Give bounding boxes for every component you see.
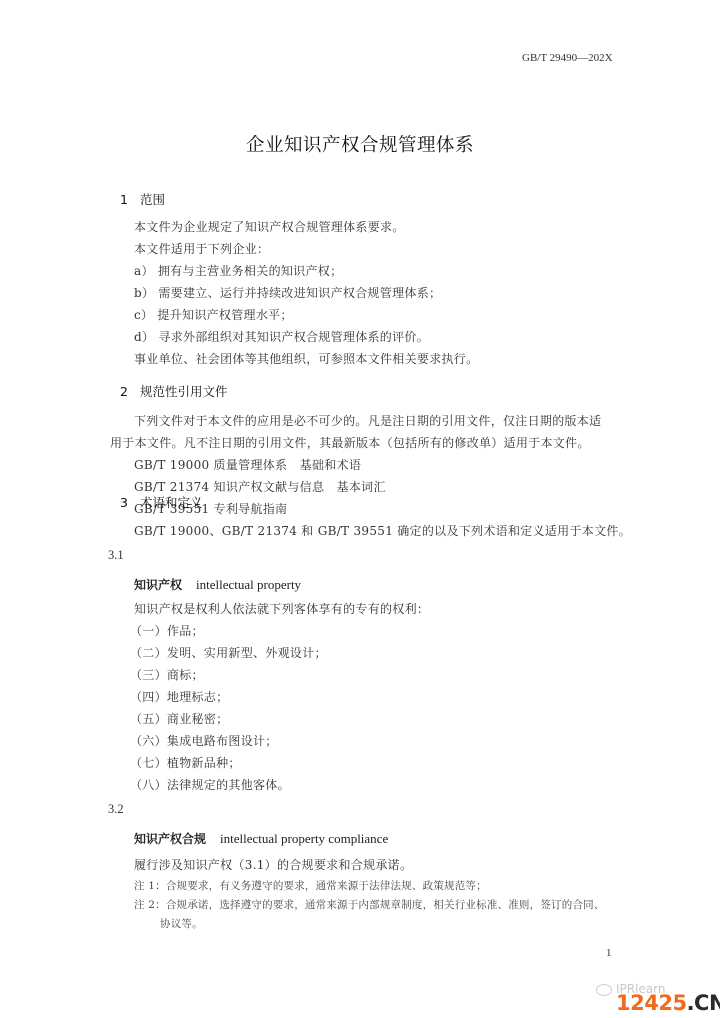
section-number: 1 (120, 192, 140, 207)
section-title: 范围 (140, 192, 165, 207)
clause-number: 3.2 (108, 802, 124, 817)
list-item: （二）发明、实用新型、外观设计； (130, 644, 327, 661)
list-item: （八）法律规定的其他客体。 (130, 776, 290, 793)
section-title: 术语和定义 (140, 495, 203, 510)
page-number: 1 (606, 947, 612, 959)
paragraph: 用于本文件。凡不注日期的引用文件，其最新版本（包括所有的修改单）适用于本文件。 (110, 434, 590, 451)
paragraph: 下列文件对于本文件的应用是必不可少的。凡是注日期的引用文件，仅注日期的版本适 (134, 412, 601, 429)
list-item: b） 需要建立、运行并持续改进知识产权合规管理体系； (134, 284, 441, 301)
watermark-logo-number: 12425 (616, 991, 687, 1015)
section-number: 3 (120, 495, 140, 510)
note: 注 1：合规要求，有义务遵守的要求，通常来源于法律法规、政策规范等； (134, 878, 487, 893)
list-item: （四）地理标志； (130, 688, 228, 705)
section-number: 2 (120, 384, 140, 399)
watermark-logo: 12425.CN (616, 991, 720, 1015)
note: 注 2：合规承诺，选择遵守的要求，通常来源于内部规章制度，相关行业标准、准则，签… (134, 897, 605, 912)
list-item: （一）作品； (130, 622, 204, 639)
note-continuation: 协议等。 (160, 916, 203, 931)
section-3-heading: 3术语和定义 (120, 493, 203, 511)
standard-number: GB/T 29490—202X (522, 52, 613, 64)
clause-number: 3.1 (108, 548, 124, 563)
list-item: （三）商标； (130, 666, 204, 683)
list-item: d） 寻求外部组织对其知识产权合规管理体系的评价。 (134, 328, 429, 345)
reference-item: GB/T 19000 质量管理体系 基础和术语 (134, 456, 361, 473)
term-en: intellectual property compliance (220, 831, 388, 846)
section-2-heading: 2规范性引用文件 (120, 382, 228, 400)
definition: 知识产权是权利人依法就下列客体享有的专有的权利： (134, 600, 429, 617)
section-1-heading: 1范围 (120, 190, 165, 208)
list-item: c） 提升知识产权管理水平； (134, 306, 293, 323)
term-entry: 知识产权intellectual property (134, 576, 301, 593)
list-item: （六）集成电路布图设计； (130, 732, 278, 749)
paragraph: GB/T 19000、GB/T 21374 和 GB/T 39551 确定的以及… (134, 522, 631, 539)
list-item: （七）植物新品种； (130, 754, 241, 771)
wechat-icon (596, 984, 612, 996)
section-title: 规范性引用文件 (140, 384, 228, 399)
term-zh: 知识产权合规 (134, 832, 206, 846)
term-entry: 知识产权合规intellectual property compliance (134, 830, 388, 847)
definition: 履行涉及知识产权（3.1）的合规要求和合规承诺。 (134, 856, 412, 873)
document-title: 企业知识产权合规管理体系 (0, 131, 720, 157)
term-en: intellectual property (196, 577, 301, 592)
paragraph: 事业单位、社会团体等其他组织，可参照本文件相关要求执行。 (134, 350, 478, 367)
list-item: a） 拥有与主营业务相关的知识产权； (134, 262, 342, 279)
paragraph: 本文件为企业规定了知识产权合规管理体系要求。 (134, 218, 405, 235)
paragraph: 本文件适用于下列企业： (134, 240, 269, 257)
list-item: （五）商业秘密； (130, 710, 228, 727)
term-zh: 知识产权 (134, 578, 182, 592)
watermark-logo-domain: .CN (687, 991, 720, 1015)
